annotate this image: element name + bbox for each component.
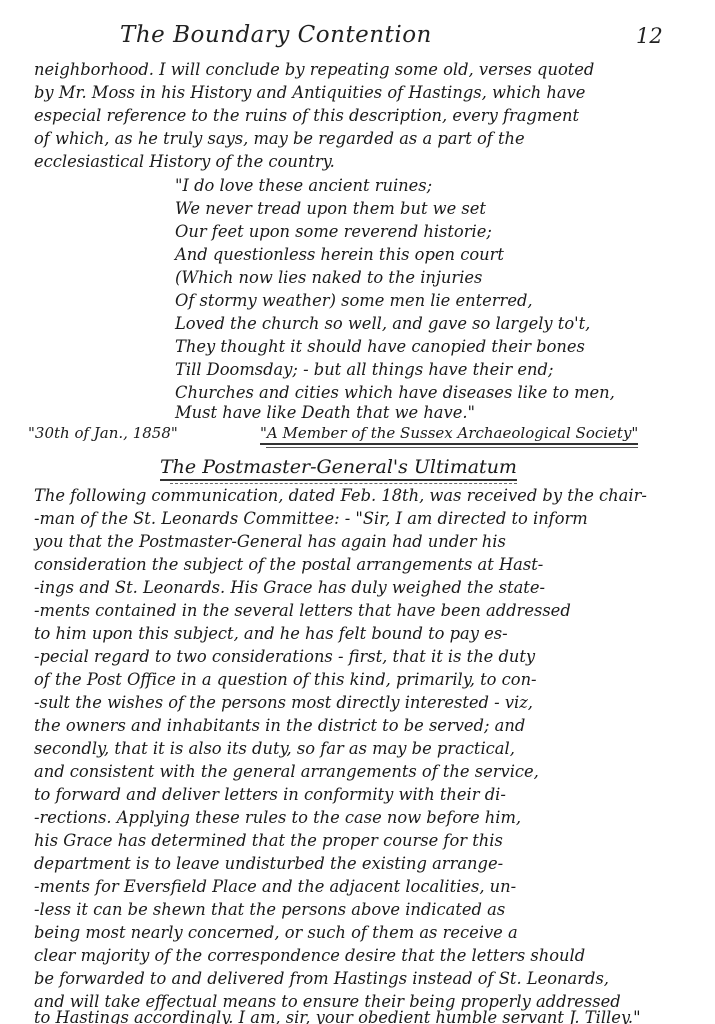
body-line: you that the Postmaster-General has agai… xyxy=(34,534,506,550)
body-line: -pecial regard to two considerations - f… xyxy=(34,649,535,665)
body-line: -rections. Applying these rules to the c… xyxy=(34,810,521,826)
body-line: -sult the wishes of the persons most dir… xyxy=(34,695,533,711)
body-line: to him upon this subject, and he has fel… xyxy=(34,626,508,642)
verse-line: Of stormy weather) some men lie enterred… xyxy=(175,293,533,309)
manuscript-page: The Boundary Contention 12 neighborhood.… xyxy=(0,0,715,1024)
verse-date: "30th of Jan., 1858" xyxy=(28,424,178,442)
section-title: The Postmaster-General's Ultimatum xyxy=(160,456,517,481)
body-line: of the Post Office in a question of this… xyxy=(34,672,537,688)
body-line: be forwarded to and delivered from Hasti… xyxy=(34,971,609,987)
verse-line: "I do love these ancient ruines; xyxy=(175,178,432,194)
body-line: being most nearly concerned, or such of … xyxy=(34,925,518,941)
intro-line: especial reference to the ruins of this … xyxy=(34,108,579,124)
body-line: -man of the St. Leonards Committee: - "S… xyxy=(34,511,588,527)
body-line: and consistent with the general arrangem… xyxy=(34,764,539,780)
body-line: secondly, that it is also its duty, so f… xyxy=(34,741,515,757)
page-number: 12 xyxy=(636,24,663,48)
verse-line: They thought it should have canopied the… xyxy=(175,339,585,355)
verse-signature: "A Member of the Sussex Archaeological S… xyxy=(260,424,638,445)
verse-line: Must have like Death that we have." xyxy=(175,405,475,421)
body-line: -less it can be shewn that the persons a… xyxy=(34,902,505,918)
body-line: to Hastings accordingly. I am, sir, your… xyxy=(34,1010,641,1024)
page-title: The Boundary Contention xyxy=(120,22,432,48)
body-line: department is to leave undisturbed the e… xyxy=(34,856,503,872)
body-line: his Grace has determined that the proper… xyxy=(34,833,503,849)
body-line: -ments contained in the several letters … xyxy=(34,603,571,619)
body-line: The following communication, dated Feb. … xyxy=(34,488,647,504)
body-line: the owners and inhabitants in the distri… xyxy=(34,718,525,734)
intro-line: of which, as he truly says, may be regar… xyxy=(34,131,525,147)
body-line: consideration the subject of the postal … xyxy=(34,557,543,573)
intro-line: ecclesiastical History of the country. xyxy=(34,154,335,170)
intro-line: neighborhood. I will conclude by repeati… xyxy=(34,62,594,78)
body-line: -ments for Eversfield Place and the adja… xyxy=(34,879,516,895)
verse-line: And questionless herein this open court xyxy=(175,247,504,263)
verse-line: We never tread upon them but we set xyxy=(175,201,486,217)
body-line: to forward and deliver letters in confor… xyxy=(34,787,506,803)
verse-line: Our feet upon some reverend historie; xyxy=(175,224,492,240)
verse-line: Till Doomsday; - but all things have the… xyxy=(175,362,553,378)
intro-line: by Mr. Moss in his History and Antiquiti… xyxy=(34,85,585,101)
body-line: -ings and St. Leonards. His Grace has du… xyxy=(34,580,545,596)
verse-line: Churches and cities which have diseases … xyxy=(175,385,615,401)
verse-line: (Which now lies naked to the injuries xyxy=(175,270,482,286)
body-line: clear majority of the correspondence des… xyxy=(34,948,585,964)
verse-line: Loved the church so well, and gave so la… xyxy=(175,316,590,332)
